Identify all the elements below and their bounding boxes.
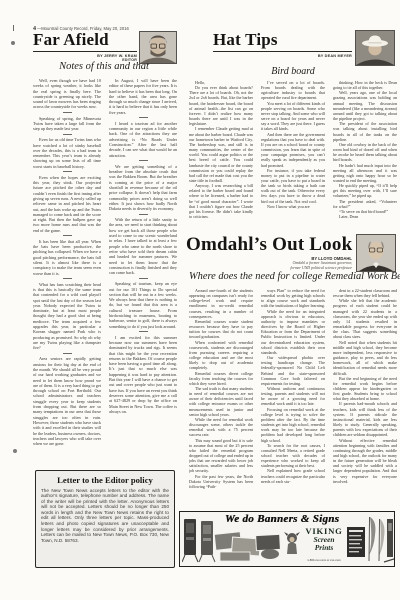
hat-tips-title: Hat Tips: [213, 30, 278, 50]
paragraph: dent in a 22-student classroom and rescu…: [333, 288, 397, 298]
paragraph: Around one-fourth of the students appear…: [189, 288, 253, 319]
paragraph-divider: [139, 117, 148, 118]
paragraph: In August, I will have been the editor o…: [109, 78, 177, 115]
price-board-graphic: [346, 526, 366, 562]
hat-tips-column-3: thinking. How in the heck is Dean going …: [333, 80, 397, 232]
paragraph: The president of the association was tal…: [333, 121, 397, 142]
letter-policy-title: Letter to the Editor policy: [41, 475, 169, 485]
paragraph: While the need for remedial work discour…: [189, 417, 253, 438]
paragraph-divider: [139, 331, 148, 332]
paragraph: He quickly piped up, “If it’ll help get …: [333, 183, 397, 198]
paragraph-divider: [63, 278, 72, 279]
paragraph-divider: [63, 235, 72, 236]
paragraph: I remember Claude getting mad at me abou…: [189, 126, 253, 183]
portrait-photo-icon: [356, 31, 394, 65]
paragraph: While she felt that the academic progres…: [333, 298, 397, 339]
dean-meyer-photo: [355, 30, 395, 66]
paragraph: Do you ever think about boards? There ar…: [189, 85, 253, 126]
paragraph: The president asked, “Volunteer for what…: [333, 199, 397, 209]
ad-brand-block: VIKING Screen Prints: [300, 527, 348, 552]
paragraph: ways Plan” to reduce the need for remedi…: [261, 288, 325, 309]
paragraph: I am excited for this summer because now…: [109, 335, 177, 414]
paragraph: Anyway, I was researching a bill related…: [189, 183, 253, 219]
paragraph: Speaking of tourism, keep an eye out for…: [109, 281, 177, 329]
paragraph: Later, Dean: [333, 214, 397, 219]
paragraph-divider: [63, 134, 72, 135]
paragraph: Nell explained how grade school teachers…: [261, 468, 325, 483]
paragraph: Area seniors are rapidly getting anxious…: [33, 356, 101, 446]
paragraph: With the return of a little sanity to th…: [109, 217, 177, 275]
paragraph: But the real beginning of the need for r…: [333, 376, 397, 402]
feather-flags-graphic: [366, 515, 394, 565]
omdahl-byline: BY LLOYD OMDAHL Omdahl a former lieutena…: [220, 256, 352, 270]
paragraph: Our widespread phobia over testing handi…: [261, 355, 325, 386]
hat-tips-column-2: I’ve served on a lot of boards. From boa…: [261, 80, 325, 236]
far-afield-column-2: In August, I will have been the editor o…: [109, 78, 177, 460]
registration-mark: [13, 25, 14, 31]
lloyd-omdahl-photo: [356, 234, 396, 272]
paragraph: When confronted with remedial coursework…: [189, 340, 253, 371]
newspaper-page: 4 —Mountrail County Record, Friday, May …: [0, 0, 400, 600]
omdahl-column-2: ways Plan” to reduce the need for remedi…: [261, 288, 325, 504]
viking-mascot-icon: [284, 530, 300, 558]
paragraph-divider: [139, 160, 148, 161]
portrait-photo-icon: [140, 32, 176, 63]
paragraph: Without effective remedial attention beg…: [333, 438, 397, 484]
paragraph: You meet a lot of different kinds of peo…: [261, 101, 325, 132]
omdahl-subhead: Where does the need for college Remedial…: [189, 271, 397, 282]
registration-mark: [13, 449, 17, 453]
paragraph: He hadn’t had much input into the meetin…: [333, 163, 397, 184]
letter-policy-body: The New Town News accepts letters to the…: [41, 488, 169, 544]
hat-tips-byline: BY DEAN MEYER: [270, 54, 352, 59]
far-afield-column-1: Well, even though we have had 10 weeks o…: [33, 78, 101, 466]
paragraph: For the past few years, the North Dakota…: [189, 474, 253, 489]
paragraph: What has fans scratching their head is t…: [33, 282, 101, 351]
paragraph: thinking. How in the heck is Dean going …: [333, 80, 397, 90]
letter-policy-box: Letter to the Editor policy The New Town…: [35, 470, 175, 568]
registration-mark: [11, 41, 15, 45]
paragraph: Well, even though we have had 10 weeks o…: [33, 78, 101, 110]
paragraph: One old cowboy in the back of the room h…: [333, 142, 397, 163]
omdahl-title: Omdahl’s Out Look: [186, 234, 352, 256]
paragraph: Without uniform and continuous testing, …: [261, 386, 325, 407]
paragraph: If parents bad-mouth schools and teacher…: [333, 401, 397, 437]
paragraph: To search for the root causes, I consult…: [261, 443, 325, 469]
paragraph: This may sound good but it is safe to as…: [189, 438, 253, 474]
hat-tips-subhead: Bird board: [189, 66, 397, 77]
paragraph: Focusing on remedial work at the college…: [261, 407, 325, 443]
paragraph: We are getting something of a breather f…: [109, 164, 177, 212]
jerry-kram-photo: [139, 31, 177, 64]
paragraph: I heard a tourism ad for another communi…: [109, 121, 177, 158]
byline-name: BY DEAN MEYER: [270, 54, 352, 59]
paragraph: Even for us old time Twins fans who have…: [33, 137, 101, 169]
paragraph-divider: [63, 171, 72, 172]
paragraph-divider: [63, 112, 72, 113]
hat-tips-column-1: Hello, Do you ever think about boards? T…: [189, 80, 253, 240]
paragraph: It has been like that all year. When the…: [33, 239, 101, 276]
paragraph: Nell noted that when students hit middle…: [333, 340, 397, 376]
paragraph: And then there are the government regula…: [261, 132, 325, 168]
banner-stands-graphic: [182, 517, 216, 564]
paragraph: For instance, if you take federal money …: [261, 168, 325, 204]
ad-headline: We do Banners & Signs: [214, 513, 350, 525]
paragraph: Now I know what you are: [261, 204, 325, 209]
omdahl-column-1: Around one-fourth of the students appear…: [189, 288, 253, 504]
far-afield-subhead: Notes of this and that: [33, 61, 175, 72]
paragraph: The sad truth is that many students in n…: [189, 386, 253, 417]
paragraph: While the need for an integrated approac…: [261, 309, 325, 355]
paragraph: Even when the hopes are exciting this ye…: [33, 175, 101, 233]
paragraph: Speaking of spring, the Minnesota Twins …: [33, 116, 101, 132]
headline-rule: [33, 51, 137, 52]
paragraph: Remedial courses waste student resources…: [189, 319, 253, 340]
paragraph: Remedial courses divert college faculty …: [189, 371, 253, 386]
paragraph: Well, years ago, one of the local grazin…: [333, 90, 397, 121]
viking-ad: We do Banners & Signs VIKING Screen Prin…: [179, 511, 395, 567]
paragraph-divider: [63, 353, 72, 354]
paragraph-divider: [139, 278, 148, 279]
ad-brand-word: Prints: [300, 544, 348, 552]
byline-credit: former UND political science professor: [220, 266, 352, 271]
omdahl-column-3: dent in a 22-student classroom and rescu…: [333, 288, 397, 504]
paragraph-divider: [139, 214, 148, 215]
product-photos-graphic: [214, 530, 290, 564]
portrait-photo-icon: [357, 235, 395, 271]
paragraph: I’ve served on a lot of boards. From boa…: [261, 80, 325, 101]
headline-rule: [213, 51, 352, 52]
far-afield-title: Far Afield: [33, 30, 109, 50]
